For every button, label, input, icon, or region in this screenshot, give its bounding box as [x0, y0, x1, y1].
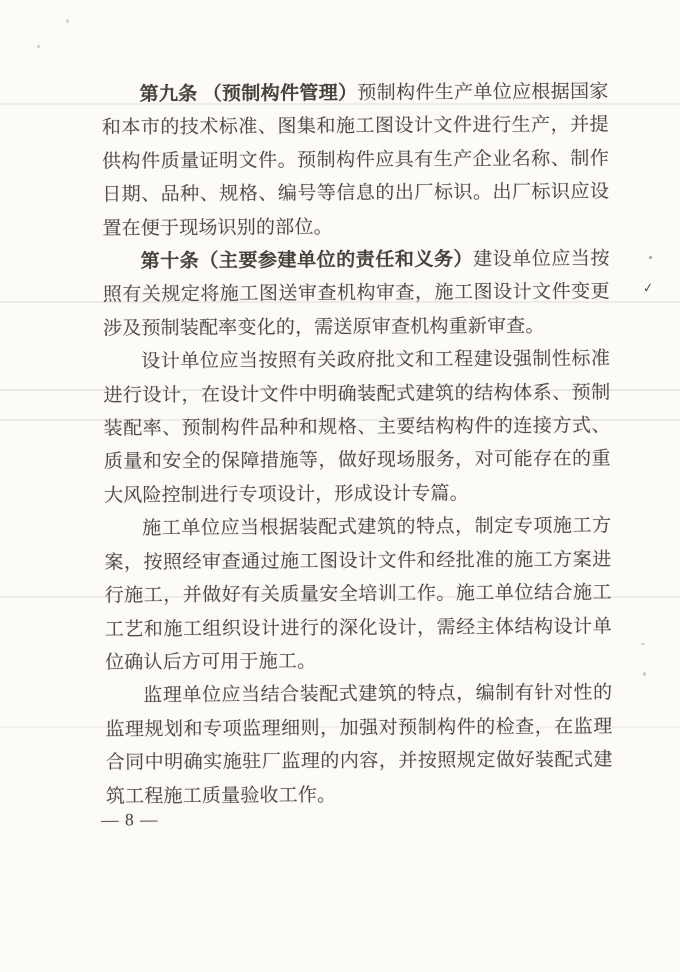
paragraph-design-unit-text: 设计单位应当按照有关政府批文和工程建设强制性标准进行设计，在设计文件中明确装配式…	[103, 349, 611, 507]
scanned-document-page: 第九条 （预制构件管理）预制构件生产单位应根据国家和本市的技术标准、图集和施工图…	[0, 0, 680, 972]
paragraph-design-unit: 设计单位应当按照有关政府批文和工程建设强制性标准进行设计，在设计文件中明确装配式…	[103, 343, 611, 513]
article-9-heading: 第九条 （预制构件管理）	[140, 83, 358, 105]
article-9-text: 预制构件生产单位应根据国家和本市的技术标准、图集和施工图设计文件进行生产，并提供…	[102, 81, 610, 239]
page-number: — 8 —	[101, 809, 159, 830]
paragraph-article-10: 第十条（主要参建单位的责任和义务）建设单位应当按照有关规定将施工图送审查机构审查…	[103, 242, 611, 345]
article-10-heading: 第十条（主要参建单位的责任和义务）	[141, 249, 474, 272]
paragraph-construction-unit: 施工单位应当根据装配式建筑的特点，制定专项施工方案，按照经审查通过施工图设计文件…	[104, 510, 612, 680]
document-body: 第九条 （预制构件管理）预制构件生产单位应根据国家和本市的技术标准、图集和施工图…	[102, 75, 613, 813]
scan-skew-wrapper: 第九条 （预制构件管理）预制构件生产单位应根据国家和本市的技术标准、图集和施工图…	[0, 0, 680, 972]
paragraph-supervision-unit-text: 监理单位应当结合装配式建筑的特点，编制有针对性的监理规划和专项监理细则，加强对预…	[105, 683, 612, 807]
paragraph-article-9: 第九条 （预制构件管理）预制构件生产单位应根据国家和本市的技术标准、图集和施工图…	[102, 75, 610, 245]
checkmark-artifact: ✓	[642, 281, 654, 297]
paragraph-supervision-unit: 监理单位应当结合装配式建筑的特点，编制有针对性的监理规划和专项监理细则，加强对预…	[105, 677, 613, 814]
paragraph-construction-unit-text: 施工单位应当根据装配式建筑的特点，制定专项施工方案，按照经审查通过施工图设计文件…	[104, 516, 612, 674]
